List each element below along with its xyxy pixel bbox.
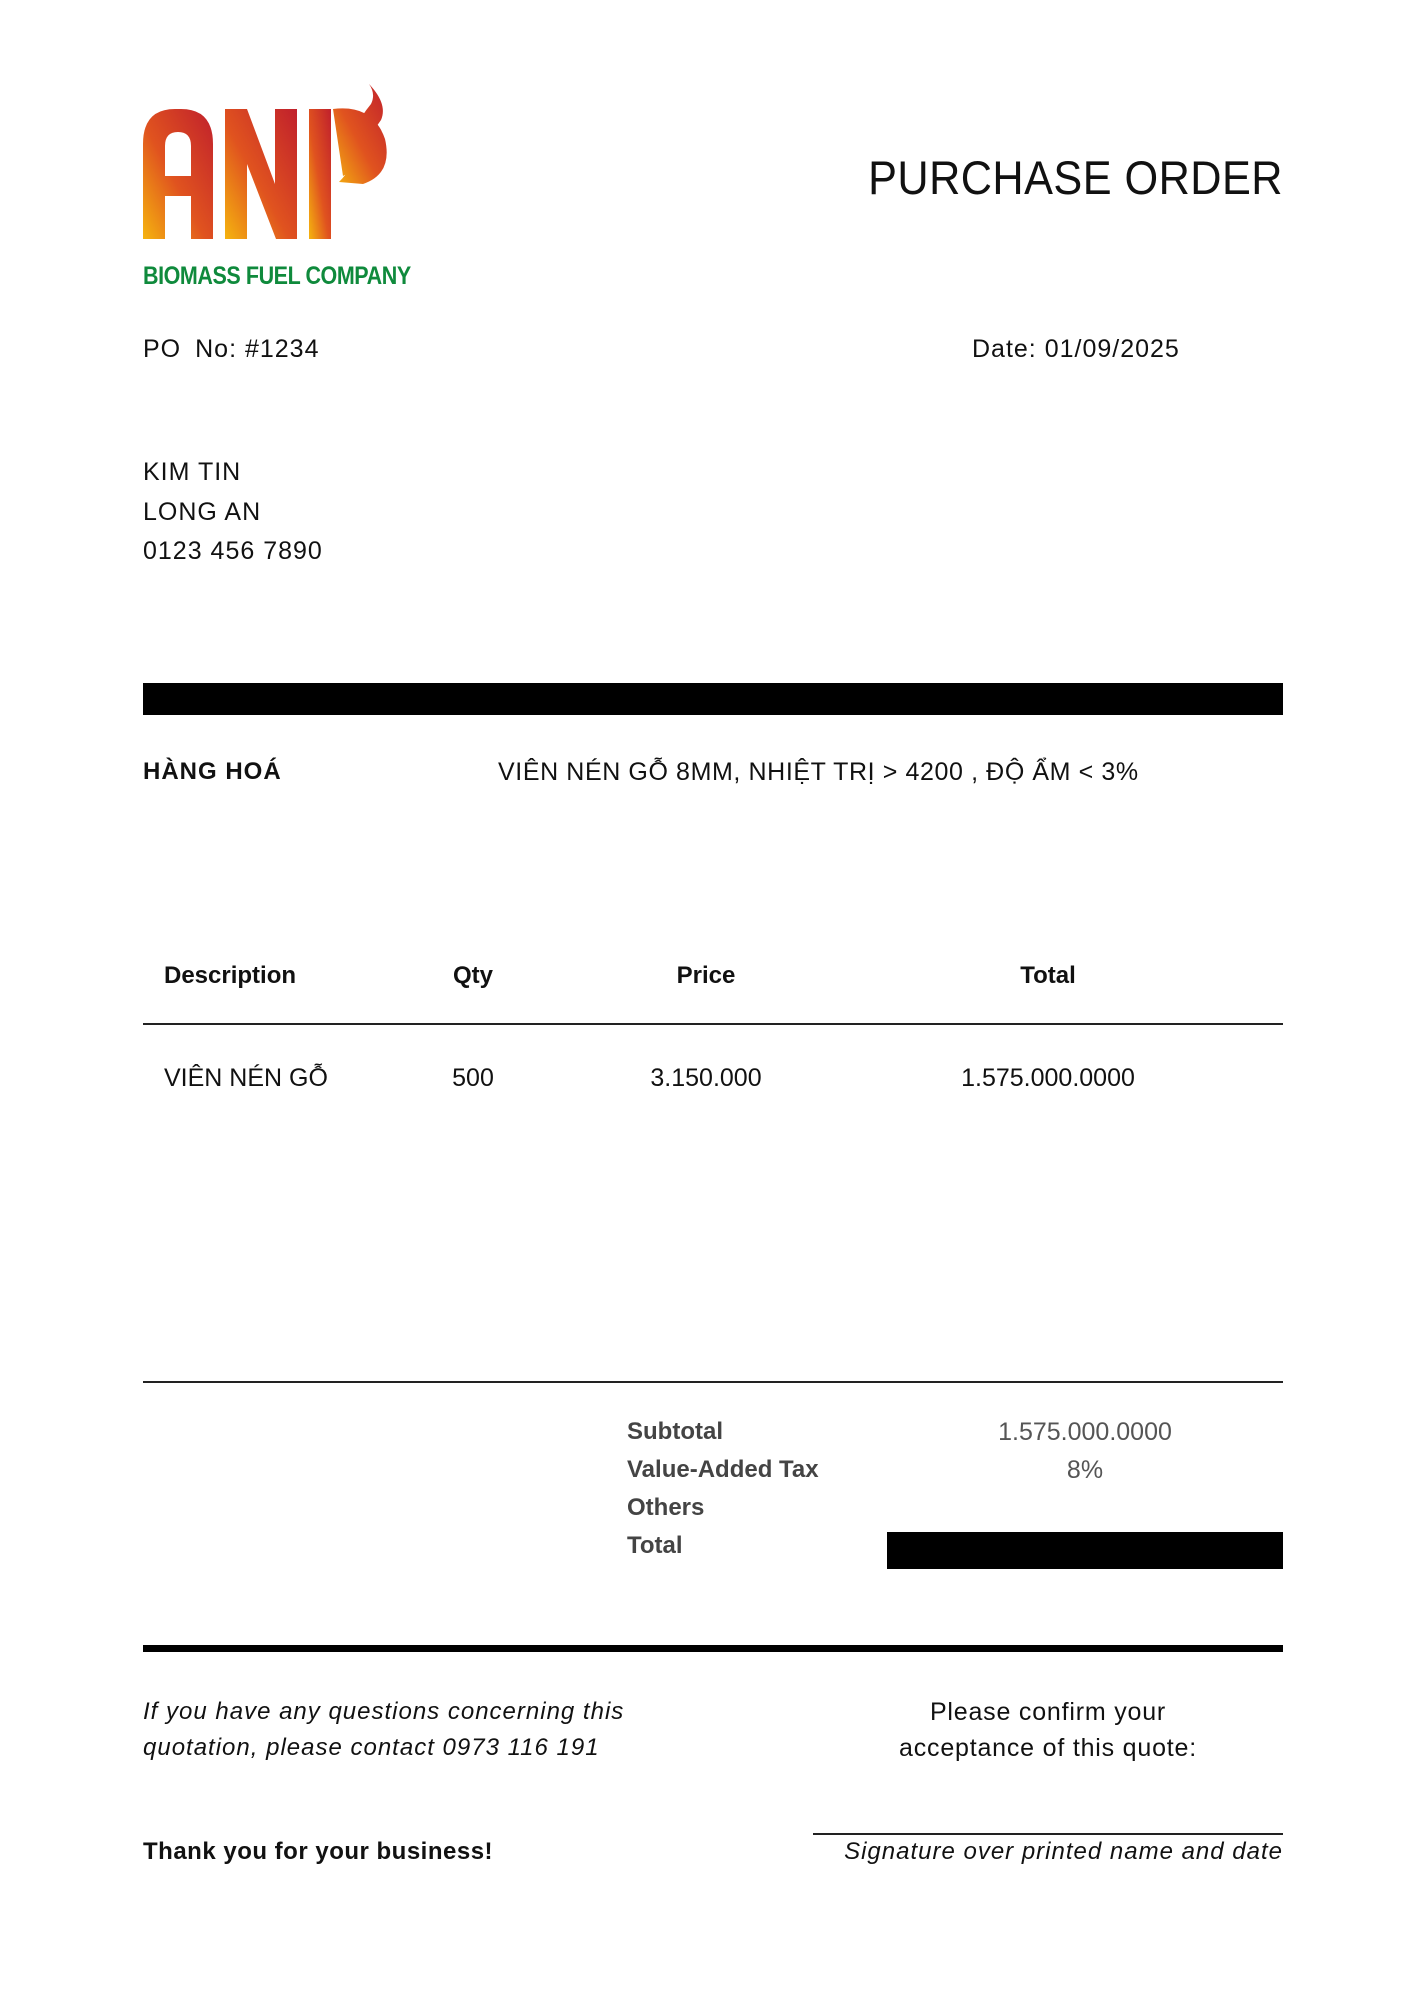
vat-label: Value-Added Tax: [627, 1456, 819, 1484]
signature-label: Signature over printed name and date: [813, 1838, 1283, 1866]
signature-line[interactable]: [813, 1833, 1283, 1835]
subtotal-value: 1.575.000.0000: [998, 1418, 1172, 1447]
recipient-name: KIM TIN: [143, 453, 323, 493]
column-header-total: Total: [1020, 962, 1076, 990]
company-tagline: BIOMASS FUEL COMPANY: [143, 262, 411, 291]
others-label: Others: [627, 1494, 704, 1522]
goods-value: VIÊN NÉN GỖ 8MM, NHIỆT TRỊ > 4200 , ĐỘ Ẩ…: [498, 758, 1139, 787]
po-number: PONo: #1234: [143, 335, 320, 364]
confirm-acceptance: Please confirm your acceptance of this q…: [899, 1694, 1197, 1766]
column-header-description: Description: [164, 962, 296, 990]
total-value-redacted: [887, 1532, 1283, 1569]
cell-qty: 500: [452, 1064, 494, 1093]
column-header-price: Price: [677, 962, 736, 990]
confirm-line2: acceptance of this quote:: [899, 1730, 1197, 1766]
vat-value: 8%: [1067, 1456, 1103, 1485]
po-label: PO: [143, 335, 181, 363]
section-divider-bar: [143, 683, 1283, 715]
po-number-value: No: #1234: [195, 335, 319, 363]
cell-description: VIÊN NÉN GỖ: [164, 1064, 328, 1093]
document-title: PURCHASE ORDER: [868, 150, 1283, 205]
total-label: Total: [627, 1532, 683, 1560]
contact-note-line1: If you have any questions concerning thi…: [143, 1694, 624, 1730]
confirm-line1: Please confirm your: [899, 1694, 1197, 1730]
footer-divider: [143, 1645, 1283, 1652]
recipient-phone: 0123 456 7890: [143, 532, 323, 572]
cell-total: 1.575.000.0000: [961, 1064, 1135, 1093]
column-header-qty: Qty: [453, 962, 493, 990]
recipient-address: KIM TIN LONG AN 0123 456 7890: [143, 453, 323, 572]
table-bottom-rule: [143, 1381, 1283, 1383]
recipient-location: LONG AN: [143, 493, 323, 533]
contact-note: If you have any questions concerning thi…: [143, 1694, 624, 1766]
goods-label: HÀNG HOÁ: [143, 758, 282, 786]
table-header-rule: [143, 1023, 1283, 1025]
thank-you-message: Thank you for your business!: [143, 1838, 493, 1866]
subtotal-label: Subtotal: [627, 1418, 723, 1446]
po-date: Date: 01/09/2025: [972, 335, 1180, 364]
cell-price: 3.150.000: [650, 1064, 761, 1093]
anp-flame-logo-icon: [143, 84, 418, 259]
contact-note-line2: quotation, please contact 0973 116 191: [143, 1730, 624, 1766]
